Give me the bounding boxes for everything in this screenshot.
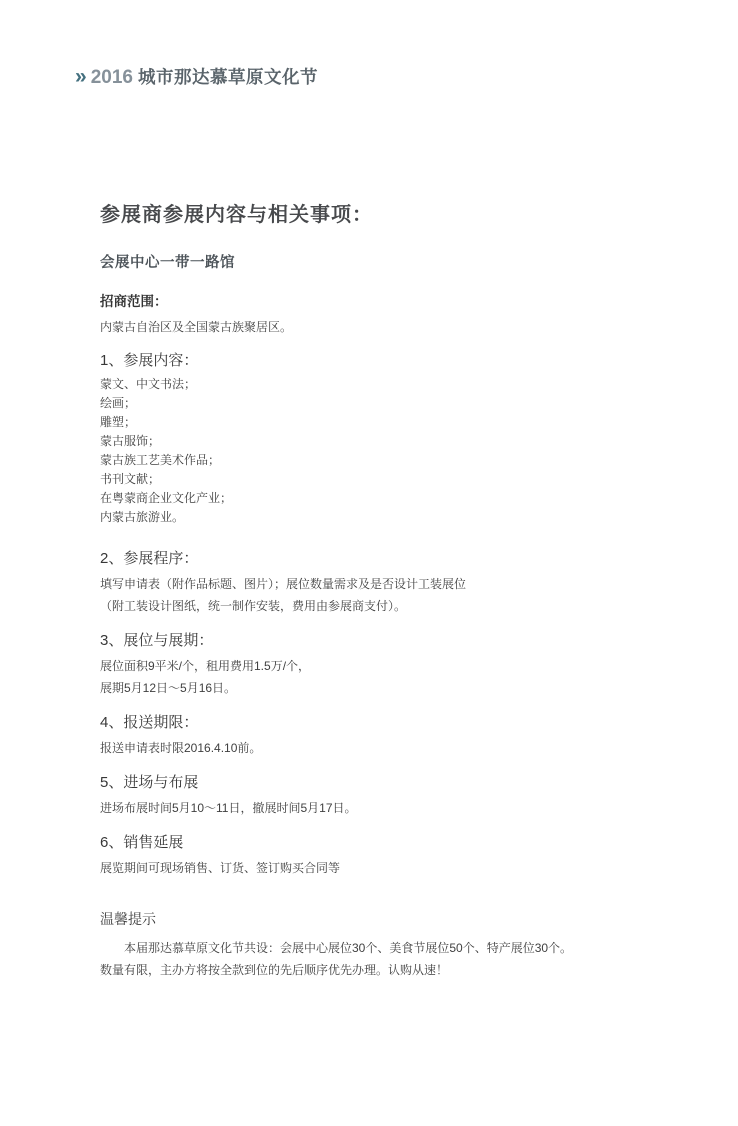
tips-line: 数量有限，主办方将按全款到位的先后顺序优先办理。认购从速！	[100, 959, 650, 981]
tips-block: 温馨提示 本届那达慕草原文化节共设：会展中心展位30个、美食节展位50个、特产展…	[100, 909, 650, 981]
double-chevron-icon: »	[75, 65, 85, 89]
brand-year: 2016	[91, 67, 133, 89]
scope-label: 招商范围：	[100, 290, 650, 310]
section-deadline: 4、报送期限： 报送申请表时限2016.4.10前。	[100, 711, 650, 759]
section-line: 蒙古族工艺美术作品；	[100, 451, 650, 470]
section-heading: 1、参展内容：	[100, 349, 650, 370]
section-line: 展览期间可现场销售、订货、签订购买合同等	[100, 857, 650, 879]
section-heading: 5、进场与布展	[100, 771, 650, 792]
section-line: 蒙古服饰；	[100, 432, 650, 451]
section-line: 内蒙古旅游业。	[100, 508, 650, 527]
section-heading: 6、销售延展	[100, 831, 650, 852]
section-line: 在粤蒙商企业文化产业；	[100, 489, 650, 508]
document-body: 参展商参展内容与相关事项： 会展中心一带一路馆 招商范围： 内蒙古自治区及全国蒙…	[100, 198, 650, 981]
section-line: 书刊文献；	[100, 470, 650, 489]
section-exhibit-content: 1、参展内容： 蒙文、中文书法； 绘画； 雕塑； 蒙古服饰； 蒙古族工艺美术作品…	[100, 349, 650, 527]
tips-heading: 温馨提示	[100, 909, 650, 929]
brand-header: » 2016 城市那达慕草原文化节	[75, 64, 318, 89]
venue-heading: 会展中心一带一路馆	[100, 251, 650, 272]
section-line: 展期5月12日～5月16日。	[100, 677, 650, 699]
section-line: 填写申请表（附作品标题、图片）；展位数量需求及是否设计工装展位	[100, 573, 650, 595]
brand-title: 城市那达慕草原文化节	[138, 64, 318, 89]
section-booth-schedule: 3、展位与展期： 展位面积9平米/个，租用费用1.5万/个， 展期5月12日～5…	[100, 629, 650, 699]
section-sales: 6、销售延展 展览期间可现场销售、订货、签订购买合同等	[100, 831, 650, 879]
section-line: 展位面积9平米/个，租用费用1.5万/个，	[100, 655, 650, 677]
page-title: 参展商参展内容与相关事项：	[100, 198, 650, 227]
scope-text: 内蒙古自治区及全国蒙古族聚居区。	[100, 318, 650, 337]
section-setup: 5、进场与布展 进场布展时间5月10～11日，撤展时间5月17日。	[100, 771, 650, 819]
section-line: 绘画；	[100, 394, 650, 413]
section-line: （附工装设计图纸，统一制作安装，费用由参展商支付）。	[100, 595, 650, 617]
section-line: 蒙文、中文书法；	[100, 375, 650, 394]
section-line: 雕塑；	[100, 413, 650, 432]
section-line: 报送申请表时限2016.4.10前。	[100, 737, 650, 759]
section-heading: 4、报送期限：	[100, 711, 650, 732]
section-line: 进场布展时间5月10～11日，撤展时间5月17日。	[100, 797, 650, 819]
section-procedure: 2、参展程序： 填写申请表（附作品标题、图片）；展位数量需求及是否设计工装展位 …	[100, 547, 650, 617]
tips-line: 本届那达慕草原文化节共设：会展中心展位30个、美食节展位50个、特产展位30个。	[100, 937, 650, 959]
document-page: » 2016 城市那达慕草原文化节 参展商参展内容与相关事项： 会展中心一带一路…	[0, 0, 738, 1126]
section-heading: 3、展位与展期：	[100, 629, 650, 650]
section-heading: 2、参展程序：	[100, 547, 650, 568]
